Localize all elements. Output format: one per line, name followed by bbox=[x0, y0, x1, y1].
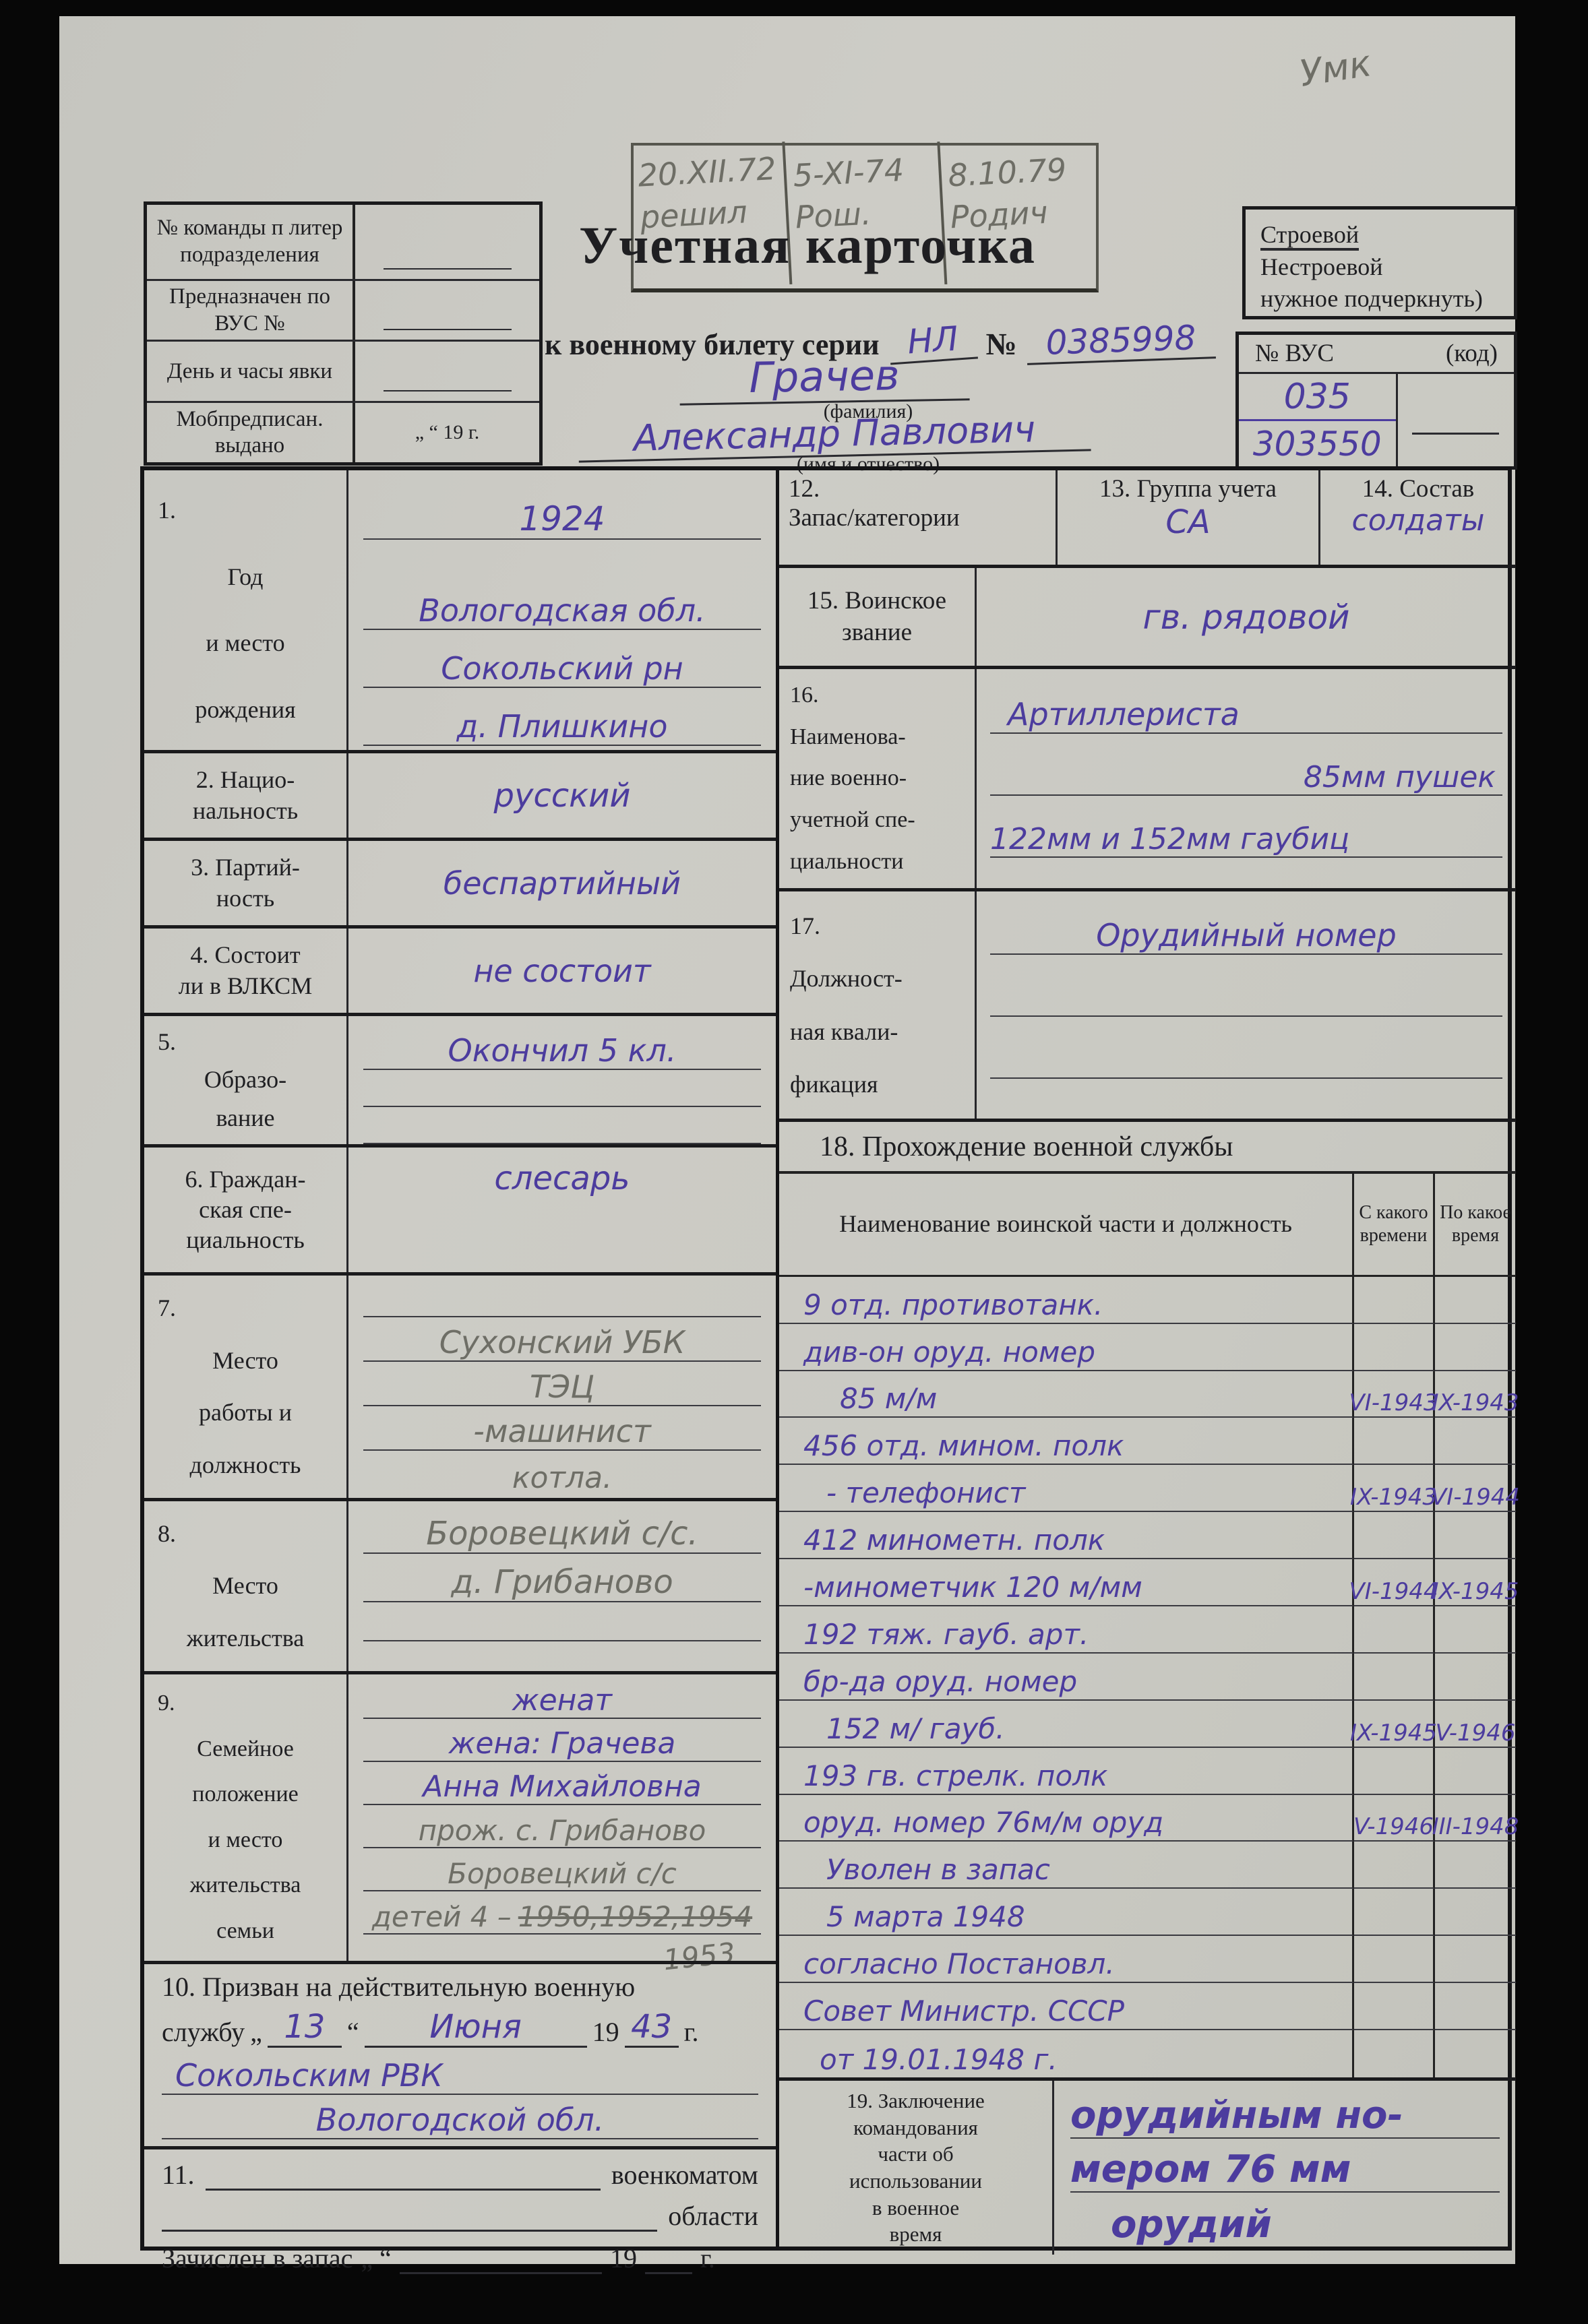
workplace-value: Сухонский УБК ТЭЦ -машинист котла. bbox=[346, 1276, 776, 1498]
stroevoi-option: Строевой bbox=[1260, 221, 1359, 251]
label-line: 17. bbox=[790, 912, 972, 940]
vus-label: № ВУС bbox=[1255, 339, 1334, 368]
label-line: Образо- bbox=[204, 1065, 286, 1094]
wartime-use-value: орудийным но- мером 76 мм орудий bbox=[1052, 2081, 1516, 2255]
unit-cell: Уволен в запас bbox=[779, 1842, 1354, 1889]
page-title: Учетная карточка bbox=[531, 215, 1084, 276]
to-cell bbox=[1435, 1748, 1516, 1795]
reserve-line-2: области bbox=[162, 2200, 758, 2232]
from-cell bbox=[1354, 1512, 1435, 1559]
vus-value-2: 303550 bbox=[1239, 421, 1396, 466]
workplace-line: Сухонский УБК bbox=[363, 1317, 761, 1362]
label-line: и место bbox=[206, 629, 284, 658]
blank-line bbox=[645, 2242, 692, 2274]
mob-row-label: Мобпредписан. выдано bbox=[147, 403, 353, 462]
year-prefix: 19 bbox=[592, 2016, 619, 2048]
party-value: беспартийный bbox=[346, 841, 776, 925]
mob-row-value: „ “ 19 г. bbox=[353, 403, 539, 462]
label-line: командования bbox=[853, 2114, 978, 2141]
label-line: использовании bbox=[849, 2168, 982, 2195]
section-number: 12. bbox=[789, 474, 1046, 503]
specialty-line: Артиллериста bbox=[990, 672, 1502, 734]
education-value: Окончил 5 кл. bbox=[346, 1016, 776, 1144]
service-row: 456 отд. мином. полк bbox=[779, 1418, 1516, 1465]
service-table: Наименование воинской части и должность … bbox=[779, 1171, 1516, 2077]
service-title-text: 18. Прохождение военной службы bbox=[820, 1131, 1233, 1163]
revision-date: 5-XI-74 bbox=[792, 148, 936, 197]
scanned-document: Умк 20.XII.72 решил 5-XI-74 Рош. 8.10.79… bbox=[0, 0, 1588, 2324]
surname-line: Грачев bbox=[555, 352, 1094, 403]
section-civil-specialty-label: 6. Граждан- ская спе- циальность bbox=[144, 1148, 346, 1272]
quote: „ “ bbox=[361, 2242, 392, 2274]
blank-line bbox=[206, 2159, 601, 2191]
section-service-title: 18. Прохождение военной службы bbox=[779, 1119, 1516, 1171]
conscription-text-1: 10. Призван на действительную военную bbox=[162, 1971, 758, 2003]
section-nationality-label: 2. Нацио- нальность bbox=[144, 753, 346, 838]
service-row: 152 м/ гауб. IX-1945 V-1946 bbox=[779, 1701, 1516, 1748]
mob-row-value bbox=[353, 342, 539, 401]
military-specialty-value: Артиллериста 85мм пушек 122мм и 152мм га… bbox=[975, 669, 1516, 888]
unit-cell: 152 м/ гауб. bbox=[779, 1701, 1354, 1748]
label-line: Место bbox=[212, 1571, 278, 1600]
label-line: ние военно- bbox=[790, 765, 972, 791]
section-wartime-use: 19. Заключение командования части об исп… bbox=[779, 2077, 1516, 2255]
section-residence-label: 8. Место жительства bbox=[144, 1501, 346, 1671]
education-line: Окончил 5 кл. bbox=[363, 1023, 761, 1070]
qualification-value: Орудийный номер bbox=[975, 891, 1516, 1119]
service-row: 192 тяж. гауб. арт. bbox=[779, 1606, 1516, 1654]
to-cell bbox=[1435, 1654, 1516, 1701]
left-column: 1. Год и место рождения 1924 Вологодская… bbox=[144, 470, 779, 2247]
to-cell bbox=[1435, 1418, 1516, 1465]
label-line: 19. Заключение bbox=[847, 2087, 985, 2114]
sostav-value: солдаты bbox=[1327, 503, 1509, 538]
section-family-label: 9. Семейное положение и место жительства… bbox=[144, 1674, 346, 1961]
section-family: 9. Семейное положение и место жительства… bbox=[144, 1671, 776, 1961]
section-uchet-group: 13. Группа учета СА bbox=[1056, 470, 1318, 565]
label-line: фикация bbox=[790, 1070, 972, 1098]
from-cell bbox=[1354, 1324, 1435, 1371]
label-line: Место bbox=[212, 1346, 278, 1375]
label-word: Зачислен в запас bbox=[162, 2242, 353, 2274]
to-cell bbox=[1435, 1983, 1516, 2030]
service-table-header: Наименование воинской части и должность … bbox=[779, 1174, 1516, 1277]
section-military-specialty: 16. Наименова- ние военно- учетной спе- … bbox=[779, 666, 1516, 888]
section-qualification: 17. Должност- ная квали- фикация Орудийн… bbox=[779, 888, 1516, 1119]
to-cell bbox=[1435, 1936, 1516, 1983]
to-cell: VI-1944 bbox=[1435, 1465, 1516, 1512]
label-line: звание bbox=[842, 617, 912, 648]
mob-row: День и часы явки bbox=[147, 340, 539, 401]
unit-cell: 193 гв. стрелк. полк bbox=[779, 1748, 1354, 1795]
section-number: 5. bbox=[148, 1028, 176, 1057]
revision-date: 8.10.79 bbox=[947, 148, 1091, 197]
vlksm-value: не состоит bbox=[346, 929, 776, 1013]
stroevoi-box: Строевой Нестроевой нужное подчеркнуть) bbox=[1242, 206, 1517, 319]
from-cell: IX-1943 bbox=[1354, 1465, 1435, 1512]
year-prefix: 19 bbox=[610, 2242, 637, 2274]
conscription-month: Июня bbox=[365, 2008, 587, 2048]
birth-year: 1924 bbox=[363, 484, 761, 540]
unit-cell: -минометчик 120 м/мм bbox=[779, 1559, 1354, 1606]
wartime-line: орудийным но- bbox=[1070, 2085, 1500, 2139]
to-cell bbox=[1435, 1277, 1516, 1324]
section-number: 7. bbox=[148, 1294, 176, 1323]
family-value: женат жена: Грачева Анна Михайловна прож… bbox=[346, 1674, 776, 1961]
conscription-text-2: службу „ 13 “ Июня 19 43 г. bbox=[162, 2008, 758, 2048]
underline-hint: нужное подчеркнуть) bbox=[1260, 283, 1499, 315]
corner-pencil-note: Умк bbox=[1297, 42, 1374, 95]
from-cell: VI-1943 bbox=[1354, 1371, 1435, 1418]
conscription-rvk: Сокольским РВК bbox=[162, 2048, 758, 2095]
unit-cell: 456 отд. мином. полк bbox=[779, 1418, 1354, 1465]
service-row: оруд. номер 76м/м оруд V-1946 III-1948 bbox=[779, 1795, 1516, 1842]
workplace-line: ТЭЦ bbox=[363, 1362, 761, 1406]
service-row: - телефонист IX-1943 VI-1944 bbox=[779, 1465, 1516, 1512]
conscription-day: 13 bbox=[268, 2008, 342, 2048]
label-line: жительства bbox=[190, 1872, 301, 1899]
label-line: семьи bbox=[216, 1918, 274, 1945]
specialty-line: 85мм пушек bbox=[990, 734, 1502, 796]
section-vlksm: 4. Состоит ли в ВЛКСМ не состоит bbox=[144, 925, 776, 1013]
residence-line: Боровецкий с/с. bbox=[363, 1505, 761, 1554]
label-line: время bbox=[890, 2221, 942, 2248]
blank-line bbox=[400, 2242, 602, 2274]
unit-cell: от 19.01.1948 г. bbox=[779, 2030, 1354, 2077]
birth-region: Вологодская обл. bbox=[363, 572, 761, 630]
section-nationality: 2. Нацио- нальность русский bbox=[144, 750, 776, 838]
col-to-header: По какое время bbox=[1435, 1174, 1516, 1275]
section-number: 8. bbox=[148, 1519, 176, 1548]
label-line: вание bbox=[216, 1104, 274, 1133]
to-cell: III-1948 bbox=[1435, 1795, 1516, 1842]
from-cell bbox=[1354, 1606, 1435, 1654]
label-line: в военное bbox=[872, 2195, 959, 2222]
label-line: 16. bbox=[790, 683, 972, 708]
from-cell bbox=[1354, 1654, 1435, 1701]
vus-values: 035 303550 bbox=[1239, 374, 1398, 466]
label-line: ность bbox=[216, 884, 274, 913]
workplace-line: -машинист bbox=[363, 1406, 761, 1451]
empty-rule bbox=[363, 1278, 761, 1317]
unit-cell: 192 тяж. гауб. арт. bbox=[779, 1606, 1354, 1654]
label-word: службу bbox=[162, 2016, 245, 2048]
unit-cell: 9 отд. противотанк. bbox=[779, 1277, 1354, 1324]
to-cell: IX-1945 bbox=[1435, 1559, 1516, 1606]
service-row: -минометчик 120 м/мм VI-1944 IX-1945 bbox=[779, 1559, 1516, 1606]
fullname-line: Александр Павлович bbox=[531, 412, 1138, 457]
mobilization-box: № команды п литер подразделения Предназн… bbox=[144, 201, 543, 466]
wartime-line: мером 76 мм bbox=[1070, 2139, 1500, 2193]
blank-line bbox=[162, 2200, 657, 2232]
mob-row: № команды п литер подразделения bbox=[147, 205, 539, 279]
family-line: Анна Михайловна bbox=[363, 1762, 761, 1805]
service-row: Уволен в запас bbox=[779, 1842, 1516, 1889]
surname-value: Грачев bbox=[679, 349, 969, 405]
label-line: должность bbox=[190, 1451, 301, 1480]
uchet-group-value: СА bbox=[1064, 503, 1312, 541]
from-cell: V-1946 bbox=[1354, 1795, 1435, 1842]
label-word: области bbox=[668, 2200, 758, 2232]
label-line: работы и bbox=[199, 1398, 292, 1427]
label-line: циальности bbox=[790, 849, 972, 875]
to-cell bbox=[1435, 1512, 1516, 1559]
label-line: ская спе- bbox=[199, 1195, 292, 1224]
section-sostav: 14. Состав солдаты bbox=[1318, 470, 1516, 565]
quote: “ bbox=[347, 2016, 359, 2048]
col-unit-header: Наименование воинской части и должность bbox=[779, 1174, 1354, 1275]
label-line: учетной спе- bbox=[790, 807, 972, 833]
empty-rule bbox=[363, 1070, 761, 1107]
section-military-specialty-label: 16. Наименова- ние военно- учетной спе- … bbox=[779, 669, 975, 888]
to-cell bbox=[1435, 1889, 1516, 1936]
from-cell: VI-1944 bbox=[1354, 1559, 1435, 1606]
from-cell bbox=[1354, 1983, 1435, 2030]
civil-specialty-value: слесарь bbox=[346, 1148, 776, 1272]
family-line: жена: Грачева bbox=[363, 1719, 761, 1762]
section-reserve: 11. военкоматом области Зачислен в запас… bbox=[144, 2146, 776, 2255]
vus-body: 035 303550 bbox=[1239, 374, 1514, 466]
empty-rule bbox=[363, 1602, 761, 1641]
mob-row-value bbox=[353, 281, 539, 340]
section-rank: 15. Воинское звание гв. рядовой bbox=[779, 565, 1516, 666]
birth-district: Сокольский рн bbox=[363, 630, 761, 688]
service-row: 412 минометн. полк bbox=[779, 1512, 1516, 1559]
service-row: 85 м/м VI-1943 IX-1943 bbox=[779, 1371, 1516, 1418]
label-line: положение bbox=[192, 1781, 298, 1809]
to-cell: V-1946 bbox=[1435, 1701, 1516, 1748]
label-line: 13. Группа учета bbox=[1064, 474, 1312, 503]
specialty-line: 122мм и 152мм гаубиц bbox=[990, 796, 1502, 858]
unit-cell: согласно Постановл. bbox=[779, 1936, 1354, 1983]
wartime-line: орудий bbox=[1070, 2193, 1500, 2247]
residence-line: д. Грибаново bbox=[363, 1554, 761, 1602]
label-line: нальность bbox=[193, 796, 298, 825]
family-line: прож. с. Грибаново bbox=[363, 1805, 761, 1848]
mob-row-label: Предназначен по ВУС № bbox=[147, 281, 353, 340]
label-line: Наименова- bbox=[790, 724, 972, 750]
section-civil-specialty: 6. Граждан- ская спе- циальность слесарь bbox=[144, 1144, 776, 1272]
to-cell bbox=[1435, 1606, 1516, 1654]
reserve-line-1: 11. военкоматом bbox=[162, 2159, 758, 2191]
section-workplace-label: 7. Место работы и должность bbox=[144, 1276, 346, 1498]
to-cell bbox=[1435, 1842, 1516, 1889]
section-vlksm-label: 4. Состоит ли в ВЛКСМ bbox=[144, 929, 346, 1013]
family-line: женат bbox=[363, 1676, 761, 1719]
conscription-year: 43 bbox=[625, 2008, 679, 2048]
from-cell bbox=[1354, 1842, 1435, 1889]
from-cell bbox=[1354, 2030, 1435, 2077]
quote: „ bbox=[250, 2016, 262, 2048]
section-zapas: 12. Запас/категории bbox=[779, 470, 1056, 565]
service-row: 9 отд. противотанк. bbox=[779, 1277, 1516, 1324]
mob-row-label: № команды п литер подразделения bbox=[147, 205, 353, 279]
vus-code-cell bbox=[1398, 374, 1514, 466]
label-word: военкоматом bbox=[611, 2159, 758, 2191]
section-number: 11. bbox=[162, 2159, 195, 2191]
main-form-area: 1. Год и место рождения 1924 Вологодская… bbox=[140, 466, 1512, 2251]
section-12-13-14: 12. Запас/категории 13. Группа учета СА … bbox=[779, 470, 1516, 565]
reserve-line-3: Зачислен в запас „ “ 19 г. bbox=[162, 2242, 758, 2274]
mob-row: Предназначен по ВУС № bbox=[147, 279, 539, 340]
to-cell: IX-1943 bbox=[1435, 1371, 1516, 1418]
label-line: жительства bbox=[187, 1624, 304, 1653]
year-suffix: г. bbox=[684, 2016, 699, 2048]
section-party: 3. Партий- ность беспартийный bbox=[144, 838, 776, 925]
section-education-label: 5. Образо- вание bbox=[144, 1016, 346, 1144]
service-row: от 19.01.1948 г. bbox=[779, 2030, 1516, 2077]
card-paper: Умк 20.XII.72 решил 5-XI-74 Рош. 8.10.79… bbox=[59, 16, 1515, 2264]
workplace-line: котла. bbox=[363, 1451, 761, 1495]
label-line: рождения bbox=[195, 695, 295, 724]
from-cell bbox=[1354, 1418, 1435, 1465]
label-line: части об bbox=[878, 2141, 953, 2168]
nestroevoi-option: Нестроевой bbox=[1260, 251, 1499, 284]
label-line: ная квали- bbox=[790, 1017, 972, 1046]
family-line: Боровецкий с/с bbox=[363, 1848, 761, 1891]
unit-cell: оруд. номер 76м/м оруд bbox=[779, 1795, 1354, 1842]
from-cell bbox=[1354, 1889, 1435, 1936]
label-line: Должност- bbox=[790, 964, 972, 993]
section-birth-label: 1. Год и место рождения bbox=[144, 470, 346, 750]
from-cell bbox=[1354, 1936, 1435, 1983]
rank-value: гв. рядовой bbox=[975, 568, 1516, 666]
section-birth: 1. Год и место рождения 1924 Вологодская… bbox=[144, 470, 776, 750]
birth-village: д. Плишкино bbox=[363, 688, 761, 746]
label-line: 3. Партий- bbox=[191, 853, 300, 882]
section-workplace: 7. Место работы и должность Сухонский УБ… bbox=[144, 1272, 776, 1498]
service-row: див-он оруд. номер bbox=[779, 1324, 1516, 1371]
family-line: детей 4 –1950,1952,1954 bbox=[363, 1891, 761, 1935]
unit-cell: див-он оруд. номер bbox=[779, 1324, 1354, 1371]
from-cell bbox=[1354, 1277, 1435, 1324]
section-number: 9. bbox=[148, 1690, 175, 1718]
label-line: 14. Состав bbox=[1327, 474, 1509, 503]
label-line: Год bbox=[228, 563, 264, 592]
service-row: согласно Постановл. bbox=[779, 1936, 1516, 1983]
section-conscription: 10. Призван на действительную военную сл… bbox=[144, 1961, 776, 2146]
section-birth-value: 1924 Вологодская обл. Сокольский рн д. П… bbox=[346, 470, 776, 750]
service-row: 5 марта 1948 bbox=[779, 1889, 1516, 1936]
service-row: Совет Министр. СССР bbox=[779, 1983, 1516, 2030]
empty-rule bbox=[363, 1107, 761, 1144]
label-line: 15. Воинское bbox=[807, 586, 946, 617]
label-line: и место bbox=[208, 1827, 283, 1854]
label-line: Запас/категории bbox=[789, 503, 1046, 532]
empty-rule bbox=[990, 1017, 1502, 1079]
label-line: циальность bbox=[186, 1226, 305, 1255]
from-cell bbox=[1354, 1748, 1435, 1795]
nationality-value: русский bbox=[346, 753, 776, 838]
label-line: 4. Состоит bbox=[190, 941, 300, 970]
vus-code-label: (код) bbox=[1446, 339, 1498, 368]
mob-row-label: День и часы явки bbox=[147, 342, 353, 401]
unit-cell: 412 минометн. полк bbox=[779, 1512, 1354, 1559]
service-row: бр-да оруд. номер bbox=[779, 1654, 1516, 1701]
label-line: 2. Нацио- bbox=[196, 765, 295, 794]
label-line: 6. Граждан- bbox=[185, 1165, 306, 1194]
right-column: 12. Запас/категории 13. Группа учета СА … bbox=[779, 470, 1516, 2247]
mob-row: Мобпредписан. выдано „ “ 19 г. bbox=[147, 401, 539, 462]
unit-cell: - телефонист bbox=[779, 1465, 1354, 1512]
col-from-header: С какого времени bbox=[1354, 1174, 1435, 1275]
qualification-line: Орудийный номер bbox=[990, 894, 1502, 955]
section-rank-label: 15. Воинское звание bbox=[779, 568, 975, 666]
label-line: ли в ВЛКСМ bbox=[179, 972, 312, 1001]
from-cell: IX-1945 bbox=[1354, 1701, 1435, 1748]
empty-rule bbox=[990, 955, 1502, 1017]
vus-box: № ВУС (код) 035 303550 bbox=[1235, 332, 1517, 470]
section-number: 1. bbox=[148, 496, 176, 525]
residence-value: Боровецкий с/с. д. Грибаново bbox=[346, 1501, 776, 1671]
to-cell bbox=[1435, 1324, 1516, 1371]
unit-cell: 5 марта 1948 bbox=[779, 1889, 1354, 1936]
unit-cell: Совет Министр. СССР bbox=[779, 1983, 1354, 2030]
mob-row-value bbox=[353, 205, 539, 279]
conscription-oblast: Вологодской обл. bbox=[162, 2095, 758, 2139]
section-education: 5. Образо- вание Окончил 5 кл. bbox=[144, 1013, 776, 1144]
vus-header: № ВУС (код) bbox=[1239, 335, 1514, 374]
section-party-label: 3. Партий- ность bbox=[144, 841, 346, 925]
section-residence: 8. Место жительства Боровецкий с/с. д. Г… bbox=[144, 1498, 776, 1671]
label-line: Семейное bbox=[197, 1736, 294, 1763]
section-wartime-use-label: 19. Заключение командования части об исп… bbox=[779, 2081, 1052, 2255]
section-qualification-label: 17. Должност- ная квали- фикация bbox=[779, 891, 975, 1119]
to-cell bbox=[1435, 2030, 1516, 2077]
revision-date: 20.XII.72 bbox=[637, 148, 781, 197]
unit-cell: 85 м/м bbox=[779, 1371, 1354, 1418]
vus-value-1: 035 bbox=[1239, 374, 1396, 421]
service-row: 193 гв. стрелк. полк bbox=[779, 1748, 1516, 1795]
year-suffix: г. bbox=[700, 2242, 715, 2274]
unit-cell: бр-да оруд. номер bbox=[779, 1654, 1354, 1701]
